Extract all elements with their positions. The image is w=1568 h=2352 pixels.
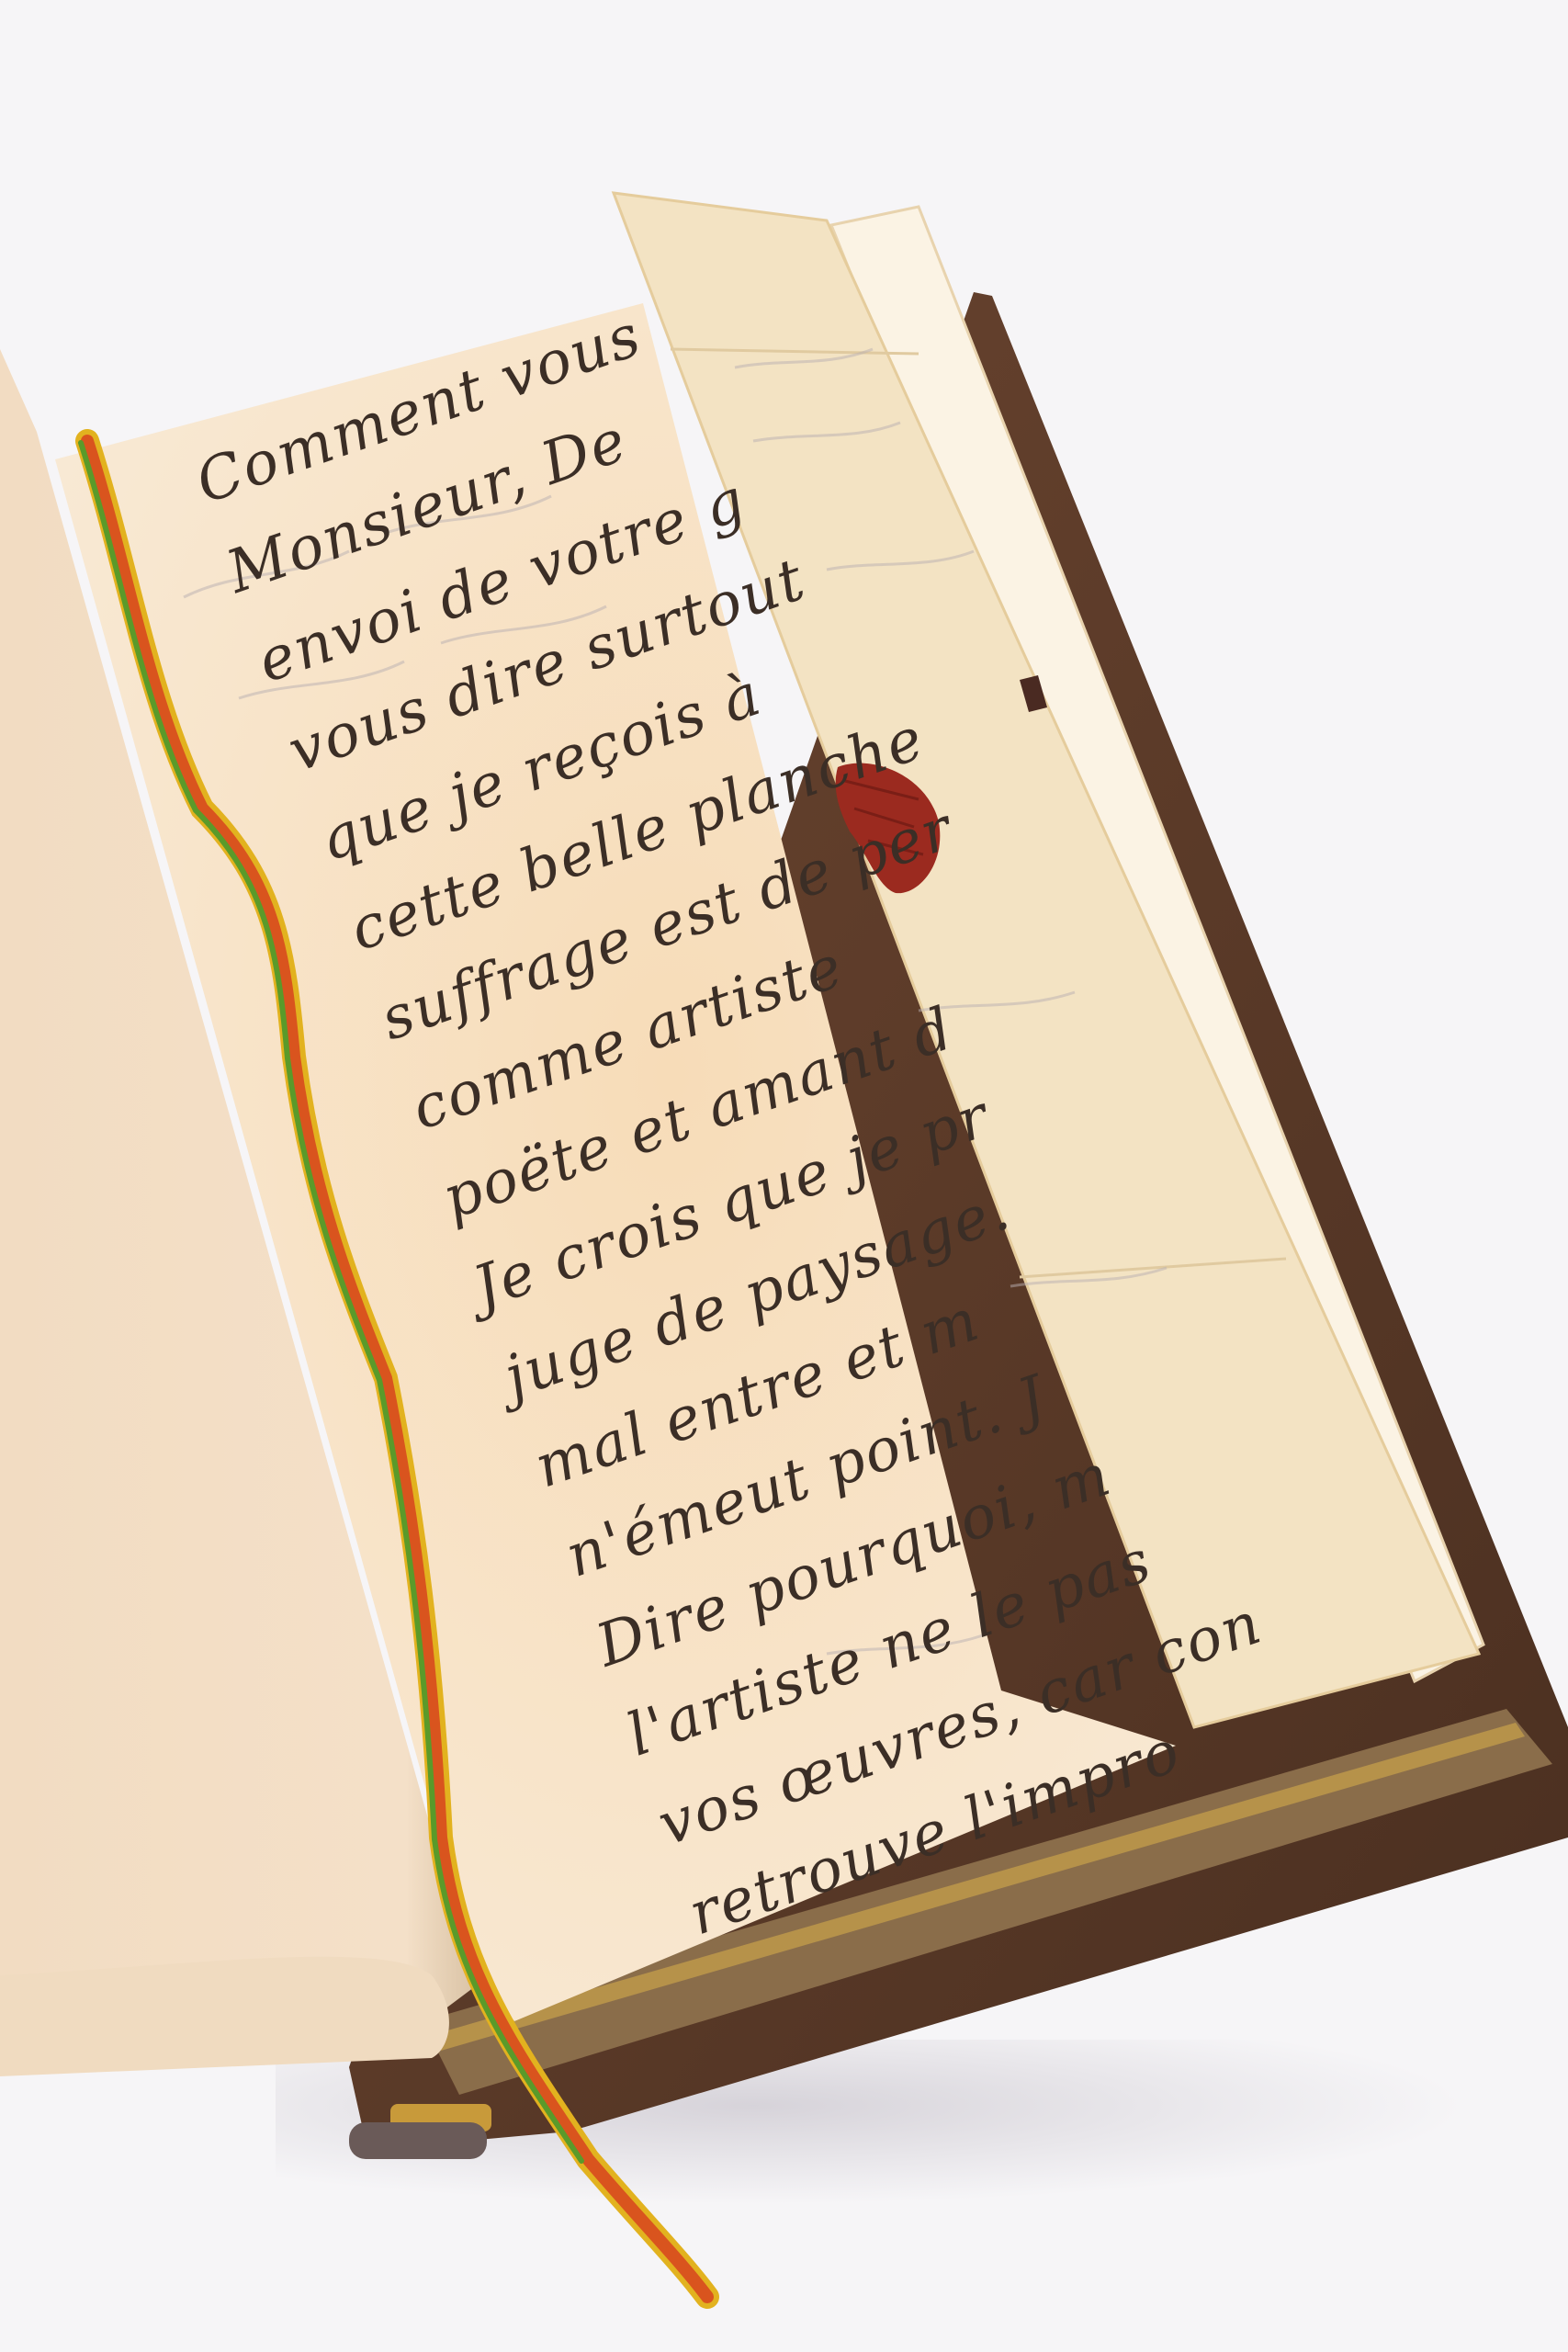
book-photo: Comment vous Monsieur, De envoi de votre…: [0, 0, 1568, 2352]
